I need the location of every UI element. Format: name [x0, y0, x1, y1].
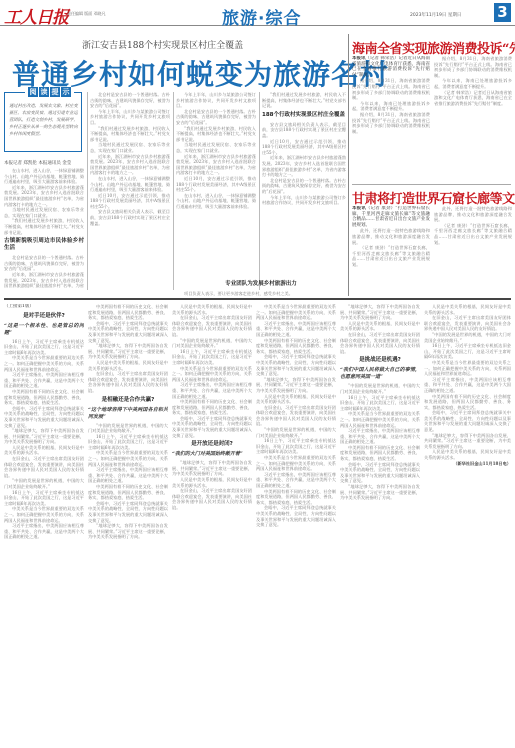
- subhead: 古镇新貌吸引周边市民体验乡村生活: [4, 238, 84, 252]
- lower-article-column-2: 中美两国有着不同的历史文化、社会制度和发展道路，但两国人民都勤劳、善良、务实，都…: [88, 304, 168, 744]
- main-article-kicker: 浙江安吉县188个村实现景区村庄全覆盖: [82, 38, 243, 51]
- reading-tips-label: 阅 读 提 示: [25, 87, 74, 97]
- hainan-article-column-2: 据介绍，8月31日，海南省旅游消费投诉“先行赔付”平台正式上线。海南省已初步形成…: [434, 56, 512, 184]
- lower-article-column-5: “地球足够大，容得下中美两国各自发展、共同繁荣。”习近平主席这一重要论断，为中美…: [340, 304, 420, 744]
- column-divider: [87, 92, 88, 290]
- section-title: 是对手还是伙伴?: [4, 313, 84, 320]
- gansu-article-headline: 甘肃将打造世界石窟长廊等文旅融合精品: [352, 188, 515, 207]
- section-quote: “这是一个根本性、也是管总的问题”: [4, 323, 84, 337]
- section-title: 旅游·综合: [222, 4, 301, 29]
- hainan-article-headline: 海南全省实现旅游消费投诉“先行赔付”: [352, 38, 515, 57]
- reading-tips-box: 阅 读 提 示 通过村庄改造、发展农文旅、村庄变景区，农房变民宿，通过引进专业运…: [4, 92, 82, 152]
- section-title: 是开放还是封闭?: [172, 441, 252, 448]
- subhead: 专业团队为发展乡村旅游出力: [176, 281, 346, 288]
- column-divider: [259, 92, 260, 290]
- masthead: 工人日报 责任编辑 版面 邓晓凡 旅游·综合 2023年11月19日 星期日 3: [0, 0, 515, 26]
- gansu-article-column-1: 本报讯（记者 康劲）“打造世界石窟长廊，千里河西走廊文旅长廊”等文旅融合精品………: [352, 206, 430, 292]
- lower-article-column-1: （上接第1版） 是对手还是伙伴? “这是一个根本性、也是管总的问题” 16日上午…: [4, 304, 84, 744]
- reading-tips-text: 通过村庄改造、发展农文旅、村庄变景区，农房变民宿，通过引进专业运营团队，打造文创…: [9, 103, 78, 138]
- main-article-bottom-subhead: 专业团队为发展乡村旅游出力 项目负责人表示，要让更多游客走进乡村，感受乡村之美。: [176, 278, 346, 298]
- closing-dateline: （新华社旧金山11月18日电）: [424, 461, 511, 467]
- section-quote: “我们中国人民将做大自己的事情，也愿意同美国一道”: [340, 367, 420, 381]
- hainan-article-column-1: 本报讯（记者 韩荣浩）记者近日从海南省旅游和文化广电体育厅获悉，海南省已在全省推…: [352, 56, 430, 184]
- lower-article-column-3: 人民是中美关系的根基，民间友好是中美关系的源头活水。 在旧金山，习近平主席出席美…: [172, 304, 252, 744]
- lower-article-column-6: 人民是中美关系的根基，民间友好是中美关系的源头活水。 在旧金山，习近平主席出席美…: [424, 304, 511, 744]
- main-article-column-2: 北仓村是安吉县的一个普通村落。古朴古街的韵味、古建筑风貌保存完好，被誉为安吉的“…: [90, 92, 170, 288]
- page-number-badge: 3: [494, 3, 511, 22]
- main-article-column-3: 今年上半年，山川乡与某旅游公司签订乡村旅游合作协议，共同开发乡村文旅项目。 北仓…: [176, 92, 256, 288]
- issue-date: 2023年11月19日 星期日: [410, 12, 461, 18]
- subhead: 188个行政村实现景区村庄全覆盖: [262, 112, 346, 119]
- lower-article-column-4: 中美关系是当今世界最重要的双边关系之一。如何正确把握中美关系的方向，关系两国人民…: [256, 304, 336, 744]
- article-divider: [352, 184, 511, 185]
- section-title: 是相融还是合作共赢?: [88, 397, 168, 404]
- section-quote: “我们的大门对美国始终敞开着”: [172, 451, 252, 458]
- section-quote: “这个地球容得下中美两国各自和共同发展”: [88, 407, 168, 421]
- lower-section-divider: [4, 298, 511, 300]
- column-divider: [173, 92, 174, 290]
- byline: 本报记者 郑凯伦 本报通讯员 金莹: [4, 160, 71, 166]
- main-article-column-1: 在山水村，进入山谷，一抹绿意铺满整个山村。山地户外运动基地、帐篷营地、骑行道遍布…: [4, 168, 84, 288]
- section-title: 是挑战还是机遇?: [340, 357, 420, 364]
- newspaper-logo: 工人日报: [4, 3, 68, 28]
- main-article-column-4: “我们村通过发展乡村旅游，村民收入不断提高，村集体经济也不断壮大。”村党支部书记…: [262, 92, 346, 288]
- gansu-article-column-2: 此外，还将打造一批特色旅游线路和旅游品牌，推动文化和旅游深度融合发展。 （记者 …: [434, 206, 512, 292]
- editor-info: 责任编辑 版面 邓晓凡: [67, 11, 106, 17]
- section-divider: [348, 34, 349, 296]
